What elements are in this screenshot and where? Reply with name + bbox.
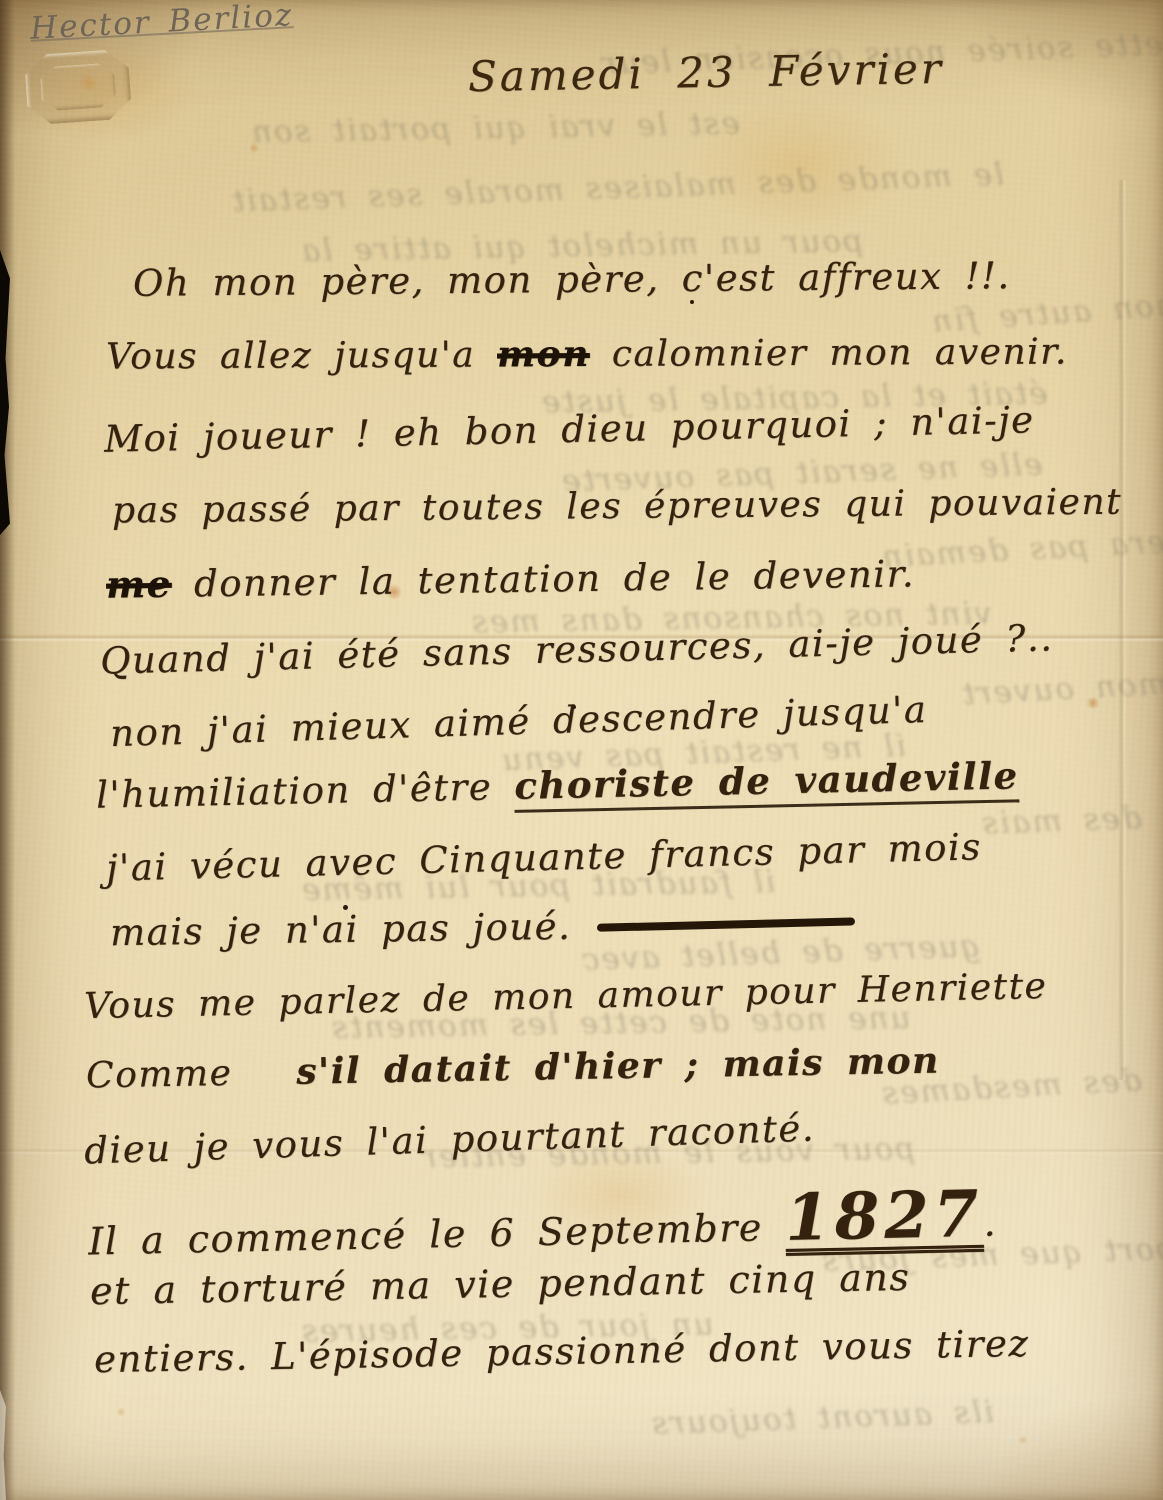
letter-line: Oh mon père, mon père, c'est affreux !!. <box>133 254 1011 305</box>
line-text: mais je n'ai pas joué. <box>110 905 572 954</box>
line-text: Vous allez jusqu'a <box>106 334 497 377</box>
ink-speck <box>343 905 348 910</box>
letter-line: Vous allez jusqu'a mon calomnier mon ave… <box>106 330 1068 377</box>
ink-speck <box>690 300 694 304</box>
line-text: . <box>983 1200 998 1244</box>
line-text: Il a commencé le 6 Septembre <box>88 1205 786 1264</box>
underlined-year: 1827 <box>784 1177 984 1256</box>
crossed-out-word: me <box>106 562 172 607</box>
ink-dash <box>597 917 855 931</box>
crossed-out-word: mon <box>497 333 590 375</box>
line-text: calomnier mon avenir. <box>590 331 1068 375</box>
line-text: l'humiliation d'être <box>96 765 515 817</box>
letter-photograph: pour cette soirée nous occasion leur est… <box>0 0 1163 1500</box>
line-text: Oh mon père, mon père, c'est affreux !!. <box>133 254 1011 305</box>
ink-speck <box>572 705 576 709</box>
line-text: Comme <box>86 1053 233 1097</box>
date-line: Samedi 23 Février <box>468 44 945 101</box>
